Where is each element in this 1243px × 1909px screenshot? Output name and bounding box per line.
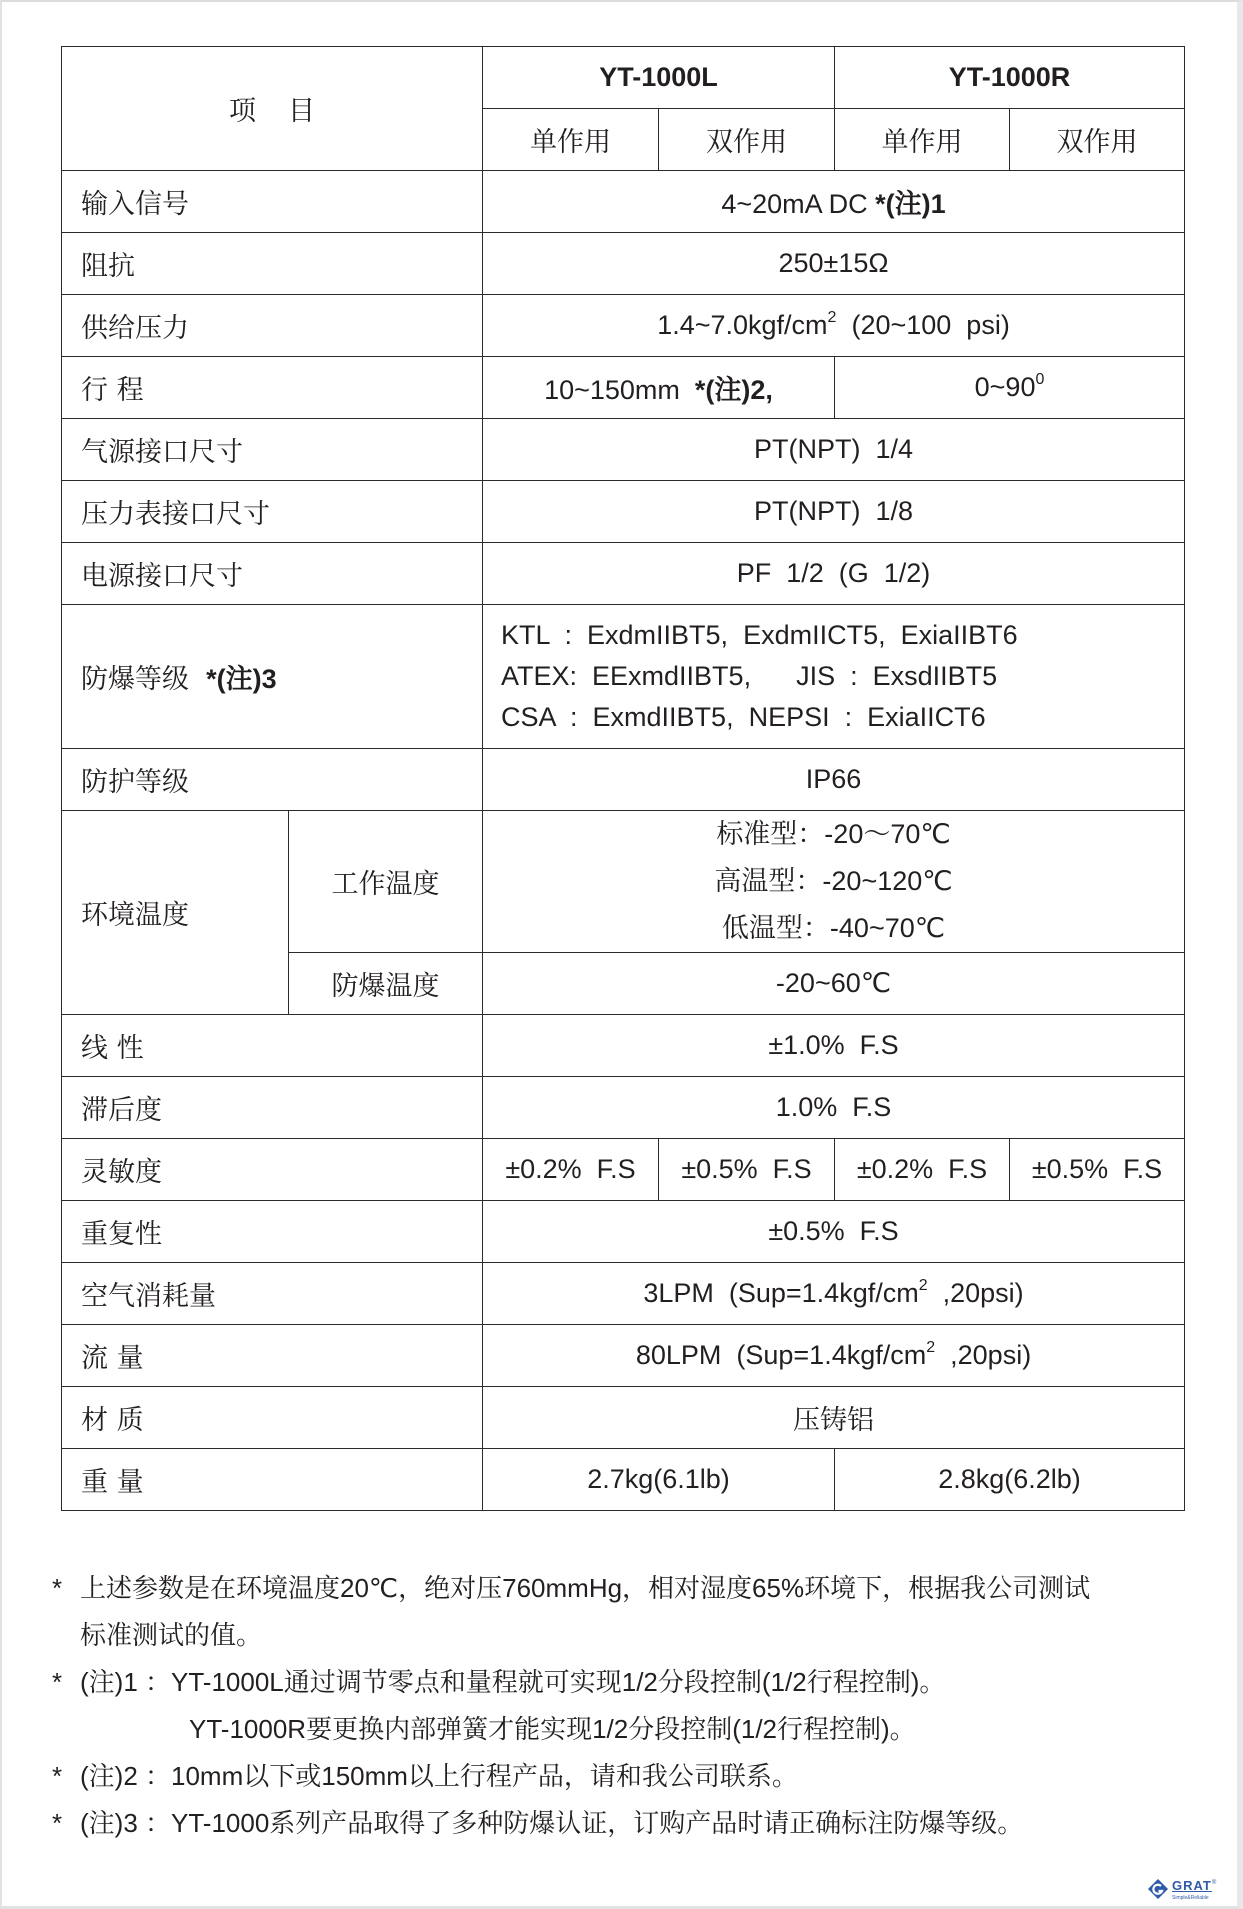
header-mode-l-single: 单作用 <box>483 109 659 171</box>
value-air-consumption: 3LPM (Sup=1.4kgf/cm2 ,20psi) <box>483 1263 1185 1325</box>
label-impedance: 阻抗 <box>62 233 483 295</box>
row-air-connection: 气源接口尺寸 PT(NPT) 1/4 <box>62 419 1185 481</box>
value-sensitivity-l-single: ±0.2% F.S <box>483 1139 659 1201</box>
logo-registered: ® <box>1212 1880 1216 1886</box>
value-stroke-linear: 10~150mm *(注)2, <box>483 357 835 419</box>
label-ambient-temp: 环境温度 <box>62 811 289 1015</box>
footnote-note-3: * (注)3 ：YT-1000系列产品取得了多种防爆认证，订购产品时请正确标注防… <box>52 1800 1232 1847</box>
ex-line-ktl: KTL : ExdmIIBT5, ExdmIICT5, ExiaIIBT6 <box>501 615 1184 656</box>
row-weight: 重 量 2.7kg(6.1lb) 2.8kg(6.2lb) <box>62 1449 1185 1511</box>
footnote-star: * <box>52 1565 80 1612</box>
footnote-note-1: * (注)1 ：YT-1000L通过调节零点和量程就可实现1/2分段控制(1/2… <box>52 1659 1232 1706</box>
header-mode-r-single: 单作用 <box>835 109 1010 171</box>
row-flow: 流 量 80LPM (Sup=1.4kgf/cm2 ,20psi) <box>62 1325 1185 1387</box>
note-ref-2: *(注)2, <box>695 375 773 405</box>
row-gauge-connection: 压力表接口尺寸 PT(NPT) 1/8 <box>62 481 1185 543</box>
footnote-star: * <box>52 1753 80 1800</box>
header-model-l: YT-1000L <box>483 47 835 109</box>
spec-table: 项目 YT-1000L YT-1000R 单作用 双作用 单作用 双作用 输入信… <box>61 46 1185 1511</box>
value-operating-temp: 标准型：-20～70℃ 高温型：-20~120℃ 低温型：-40~70℃ <box>483 811 1185 953</box>
value-sensitivity-r-double: ±0.5% F.S <box>1010 1139 1185 1201</box>
footnote-star: * <box>52 1800 80 1847</box>
row-air-consumption: 空气消耗量 3LPM (Sup=1.4kgf/cm2 ,20psi) <box>62 1263 1185 1325</box>
label-input-signal: 输入信号 <box>62 171 483 233</box>
value-impedance: 250±15Ω <box>483 233 1185 295</box>
grat-logo: GRAT® Simple&Reliable <box>1147 1874 1239 1904</box>
header-mode-r-double: 双作用 <box>1010 109 1185 171</box>
temp-high: 高温型：-20~120℃ <box>483 858 1184 905</box>
footnote-star: * <box>52 1659 80 1706</box>
footnote-note-2: * (注)2 ：10mm以下或150mm以上行程产品，请和我公司联系。 <box>52 1753 1232 1800</box>
row-material: 材 质 压铸铝 <box>62 1387 1185 1449</box>
value-protection: IP66 <box>483 749 1185 811</box>
label-operating-temp: 工作温度 <box>289 811 483 953</box>
value-input-signal: 4~20mA DC *(注)1 <box>483 171 1185 233</box>
value-explosion-proof: KTL : ExdmIIBT5, ExdmIICT5, ExiaIIBT6 AT… <box>483 605 1185 749</box>
stroke-linear-text: 10~150mm <box>544 375 695 405</box>
row-sensitivity: 灵敏度 ±0.2% F.S ±0.5% F.S ±0.2% F.S ±0.5% … <box>62 1139 1185 1201</box>
header-item: 项目 <box>62 47 483 171</box>
label-ex-temp: 防爆温度 <box>289 953 483 1015</box>
footnote-continuation: 标准测试的值。 <box>52 1612 262 1659</box>
grat-logo-icon <box>1147 1878 1169 1900</box>
value-gauge-connection: PT(NPT) 1/8 <box>483 481 1185 543</box>
row-operating-temp: 环境温度 工作温度 标准型：-20～70℃ 高温型：-20~120℃ 低温型：-… <box>62 811 1185 953</box>
logo-brand: GRAT <box>1172 1878 1212 1893</box>
footnote-conditions: * 上述参数是在环境温度20℃，绝对压760mmHg，相对湿度65%环境下，根据… <box>52 1565 1232 1612</box>
stroke-rotary-text: 0~90 <box>975 372 1036 402</box>
row-hysteresis: 滞后度 1.0% F.S <box>62 1077 1185 1139</box>
footnote-text: 上述参数是在环境温度20℃，绝对压760mmHg，相对湿度65%环境下，根据我公… <box>80 1565 1090 1612</box>
ex-line-atex: ATEX: EExmdIIBT5, JIS : ExsdIIBT5 <box>501 656 1184 697</box>
footnote-text: (注)3 ：YT-1000系列产品取得了多种防爆认证，订购产品时请正确标注防爆等… <box>80 1800 1023 1847</box>
footnotes: * 上述参数是在环境温度20℃，绝对压760mmHg，相对湿度65%环境下，根据… <box>52 1565 1232 1847</box>
superscript: 2 <box>926 1339 935 1356</box>
supply-pressure-text: 1.4~7.0kgf/cm <box>657 310 827 340</box>
row-power-connection: 电源接口尺寸 PF 1/2 (G 1/2) <box>62 543 1185 605</box>
explosion-proof-text: 防爆等级 <box>81 664 206 695</box>
value-linearity: ±1.0% F.S <box>483 1015 1185 1077</box>
input-signal-text: 4~20mA DC <box>721 189 875 219</box>
value-weight-r: 2.8kg(6.2lb) <box>835 1449 1185 1511</box>
value-sensitivity-r-single: ±0.2% F.S <box>835 1139 1010 1201</box>
temp-standard: 标准型：-20～70℃ <box>483 811 1184 858</box>
supply-pressure-psi: (20~100 psi) <box>836 310 1009 340</box>
label-stroke: 行 程 <box>62 357 483 419</box>
value-weight-l: 2.7kg(6.1lb) <box>483 1449 835 1511</box>
row-impedance: 阻抗 250±15Ω <box>62 233 1185 295</box>
label-flow: 流 量 <box>62 1325 483 1387</box>
row-explosion-proof: 防爆等级 *(注)3 KTL : ExdmIIBT5, ExdmIICT5, E… <box>62 605 1185 749</box>
value-ex-temp: -20~60℃ <box>483 953 1185 1015</box>
value-supply-pressure: 1.4~7.0kgf/cm2 (20~100 psi) <box>483 295 1185 357</box>
footnote-text: (注)1 ：YT-1000L通过调节零点和量程就可实现1/2分段控制(1/2行程… <box>80 1659 945 1706</box>
temp-low: 低温型：-40~70℃ <box>483 905 1184 952</box>
header-mode-l-double: 双作用 <box>659 109 835 171</box>
label-air-consumption: 空气消耗量 <box>62 1263 483 1325</box>
label-repeatability: 重复性 <box>62 1201 483 1263</box>
row-linearity: 线 性 ±1.0% F.S <box>62 1015 1185 1077</box>
value-material: 压铸铝 <box>483 1387 1185 1449</box>
air-consumption-psi: ,20psi) <box>928 1278 1024 1308</box>
row-repeatability: 重复性 ±0.5% F.S <box>62 1201 1185 1263</box>
footnote-continuation: YT-1000R要更换内部弹簧才能实现1/2分段控制(1/2行程控制)。 <box>189 1714 916 1744</box>
label-protection: 防护等级 <box>62 749 483 811</box>
note-ref-1: *(注)1 <box>875 189 946 219</box>
label-material: 材 质 <box>62 1387 483 1449</box>
flow-text: 80LPM (Sup=1.4kgf/cm <box>636 1340 926 1370</box>
degree-superscript: 0 <box>1035 371 1044 388</box>
label-power-connection: 电源接口尺寸 <box>62 543 483 605</box>
logo-tagline: Simple&Reliable <box>1172 1895 1216 1902</box>
header-row-models: 项目 YT-1000L YT-1000R <box>62 47 1185 109</box>
label-sensitivity: 灵敏度 <box>62 1139 483 1201</box>
header-model-r: YT-1000R <box>835 47 1185 109</box>
row-protection: 防护等级 IP66 <box>62 749 1185 811</box>
label-weight: 重 量 <box>62 1449 483 1511</box>
value-power-connection: PF 1/2 (G 1/2) <box>483 543 1185 605</box>
value-hysteresis: 1.0% F.S <box>483 1077 1185 1139</box>
label-linearity: 线 性 <box>62 1015 483 1077</box>
row-stroke: 行 程 10~150mm *(注)2, 0~900 <box>62 357 1185 419</box>
value-repeatability: ±0.5% F.S <box>483 1201 1185 1263</box>
value-stroke-rotary: 0~900 <box>835 357 1185 419</box>
value-air-connection: PT(NPT) 1/4 <box>483 419 1185 481</box>
label-explosion-proof: 防爆等级 *(注)3 <box>62 605 483 749</box>
footnote-text: (注)2 ：10mm以下或150mm以上行程产品，请和我公司联系。 <box>80 1753 798 1800</box>
ex-line-csa: CSA : ExmdIIBT5, NEPSI : ExiaIICT6 <box>501 697 1184 738</box>
footnote-note-1-cont: YT-1000R要更换内部弹簧才能实现1/2分段控制(1/2行程控制)。 <box>52 1706 1232 1753</box>
label-gauge-connection: 压力表接口尺寸 <box>62 481 483 543</box>
value-flow: 80LPM (Sup=1.4kgf/cm2 ,20psi) <box>483 1325 1185 1387</box>
air-consumption-text: 3LPM (Sup=1.4kgf/cm <box>643 1278 918 1308</box>
note-ref-3: *(注)3 <box>206 664 277 694</box>
footnote-conditions-cont: 标准测试的值。 <box>52 1612 1232 1659</box>
label-supply-pressure: 供给压力 <box>62 295 483 357</box>
value-sensitivity-l-double: ±0.5% F.S <box>659 1139 835 1201</box>
row-supply-pressure: 供给压力 1.4~7.0kgf/cm2 (20~100 psi) <box>62 295 1185 357</box>
row-input-signal: 输入信号 4~20mA DC *(注)1 <box>62 171 1185 233</box>
flow-psi: ,20psi) <box>935 1340 1031 1370</box>
label-air-connection: 气源接口尺寸 <box>62 419 483 481</box>
label-hysteresis: 滞后度 <box>62 1077 483 1139</box>
superscript: 2 <box>919 1277 928 1294</box>
